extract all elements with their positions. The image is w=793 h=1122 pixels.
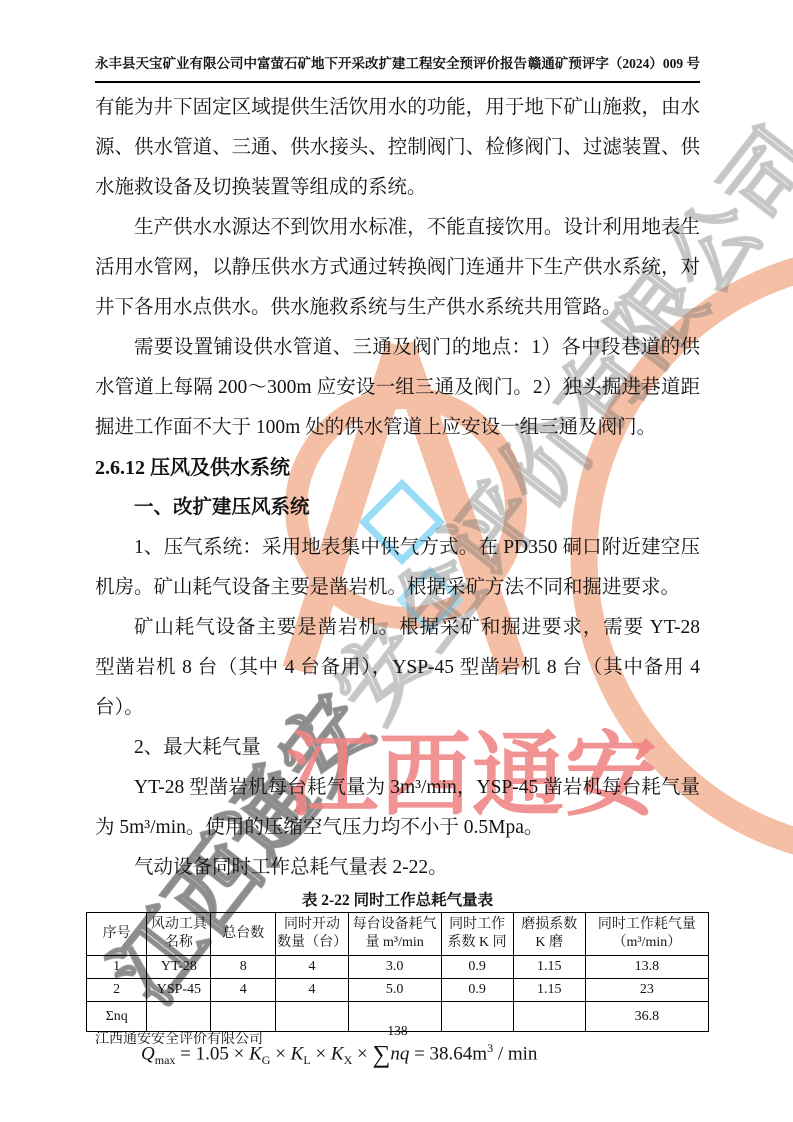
col-header-simultaneous-units: 同时开动数量（台） — [276, 913, 349, 956]
cell: YSP-45 — [147, 979, 211, 1002]
table-row-yt28: 1 YT-28 8 4 3.0 0.9 1.15 13.8 — [87, 956, 709, 979]
col-header-seq: 序号 — [87, 913, 147, 956]
page-header: 永丰县天宝矿业有限公司中富萤石矿地下开采改扩建工程安全预评价报告 赣通矿预评字（… — [95, 0, 700, 83]
col-header-k-wear: 磨损系数 K 磨 — [513, 913, 585, 956]
section-heading-2-6-12: 2.6.12 压风及供水系统 — [95, 448, 700, 488]
cell: 8 — [211, 956, 276, 979]
cell: 4 — [211, 979, 276, 1002]
cell: 1.15 — [513, 979, 585, 1002]
cell: 13.8 — [585, 956, 708, 979]
col-header-tool-name: 风动工具名称 — [147, 913, 211, 956]
cell: 4 — [276, 979, 349, 1002]
cell: 0.9 — [441, 956, 513, 979]
formula-sub-l: L — [303, 1054, 310, 1068]
gas-consumption-table: 序号 风动工具名称 总台数 同时开动数量（台） 每台设备耗气量 m³/min 同… — [86, 912, 709, 1032]
table-row-ysp45: 2 YSP-45 4 4 5.0 0.9 1.15 23 — [87, 979, 709, 1002]
page-number: 138 — [387, 1023, 407, 1039]
col-header-total-units: 总台数 — [211, 913, 276, 956]
page-footer: 江西通安安全评价有限公司 138 — [95, 1028, 700, 1048]
cell: 23 — [585, 979, 708, 1002]
paragraph-max-consumption-heading: 2、最大耗气量 — [95, 728, 700, 768]
table-caption: 表 2-22 同时工作总耗气量表 — [95, 891, 700, 910]
cell: 3.0 — [348, 956, 441, 979]
paragraph-air-system: 1、压气系统：采用地表集中供气方式。在 PD350 硐口附近建空压机房。矿山耗气… — [95, 528, 700, 608]
cell: 4 — [276, 956, 349, 979]
cell: 1 — [87, 956, 147, 979]
paragraph-water-quality: 生产供水水源达不到饮用水标准，不能直接饮用。设计利用地表生活用水管网，以静压供水… — [95, 208, 700, 328]
paragraph-pipe-valve-locations: 需要设置铺设供水管道、三通及阀门的地点：1）各中段巷道的供水管道上每隔 200～… — [95, 328, 700, 448]
header-report-title: 永丰县天宝矿业有限公司中富萤石矿地下开采改扩建工程安全预评价报告 — [95, 52, 527, 72]
paragraph-drill-requirements: 矿山耗气设备主要是凿岩机。根据采矿和掘进要求，需要 YT-28 型凿岩机 8 台… — [95, 608, 700, 728]
col-header-k-simultaneous: 同时工作系数 K 同 — [441, 913, 513, 956]
formula-sub-max: max — [155, 1054, 176, 1068]
cell: 2 — [87, 979, 147, 1002]
cell: 1.15 — [513, 956, 585, 979]
cell: YT-28 — [147, 956, 211, 979]
table-header-row: 序号 风动工具名称 总台数 同时开动数量（台） 每台设备耗气量 m³/min 同… — [87, 913, 709, 956]
col-header-per-unit-consumption: 每台设备耗气量 m³/min — [348, 913, 441, 956]
paragraph-table-reference: 气动设备同时工作总耗气量表 2-22。 — [95, 848, 700, 888]
cell: 5.0 — [348, 979, 441, 1002]
cell: 0.9 — [441, 979, 513, 1002]
formula-sub-x: X — [344, 1054, 353, 1068]
paragraph-drill-consumption: YT-28 型凿岩机每台耗气量为 3m³/min，YSP-45 凿岩机每台耗气量… — [95, 768, 700, 848]
paragraph-water-system-components: 有能为井下固定区域提供生活饮用水的功能，用于地下矿山施救，由水源、供水管道、三通… — [95, 88, 700, 208]
col-header-total-consumption: 同时工作耗气量（m³/min） — [585, 913, 708, 956]
header-doc-number: 赣通矿预评字（2024）009 号 — [528, 52, 700, 72]
subsection-heading-compressed-air: 一、改扩建压风系统 — [95, 488, 700, 528]
document-page: 江西通安安全评价有限公司 江西通安 江西通安 永丰县天宝矿业有限公司中富萤石矿地… — [0, 0, 793, 1122]
document-body: 有能为井下固定区域提供生活饮用水的功能，用于地下矿山施救，由水源、供水管道、三通… — [95, 88, 700, 1070]
footer-company-name: 江西通安安全评价有限公司 — [95, 1032, 263, 1047]
